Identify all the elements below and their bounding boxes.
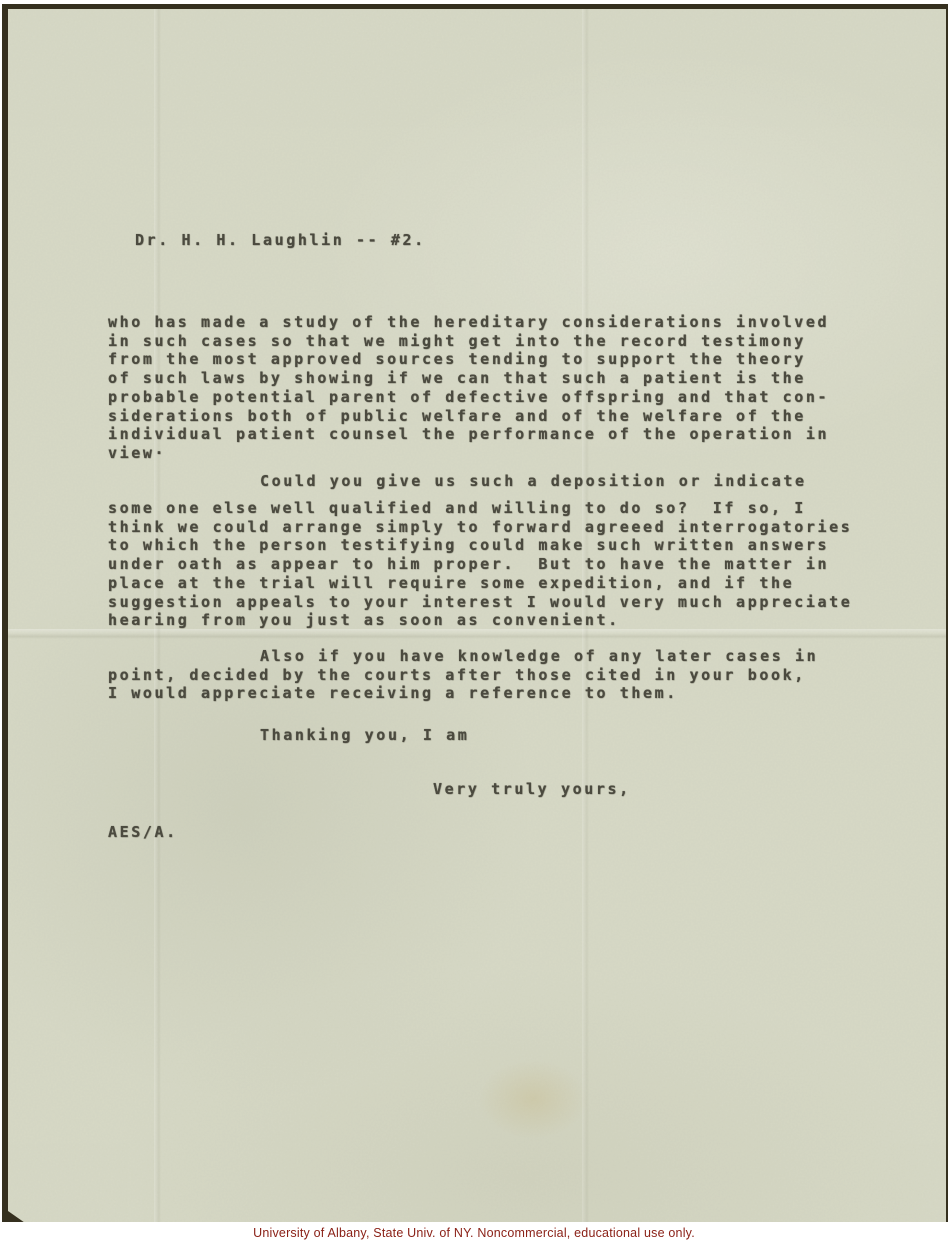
letter-thanking-line: Thanking you, I am bbox=[108, 726, 469, 745]
letter-closing: Very truly yours, bbox=[433, 780, 631, 799]
letter-paragraph-2-opening: Could you give us such a deposition or i… bbox=[108, 472, 807, 491]
letter-page: Dr. H. H. Laughlin -- #2. who has made a… bbox=[8, 9, 946, 1239]
typist-initials: AES/A. bbox=[108, 823, 178, 842]
footer-band: University of Albany, State Univ. of NY.… bbox=[0, 1222, 948, 1243]
letter-paragraph-3: Also if you have knowledge of any later … bbox=[108, 647, 880, 703]
letter-paragraph-1: who has made a study of the hereditary c… bbox=[108, 313, 880, 463]
horizontal-fold-crease bbox=[8, 629, 946, 639]
paper-stain bbox=[478, 1059, 588, 1139]
page-header: Dr. H. H. Laughlin -- #2. bbox=[135, 231, 426, 250]
rights-caption: University of Albany, State Univ. of NY.… bbox=[253, 1226, 695, 1240]
letter-paragraph-2-body: some one else well qualified and willing… bbox=[108, 499, 880, 630]
